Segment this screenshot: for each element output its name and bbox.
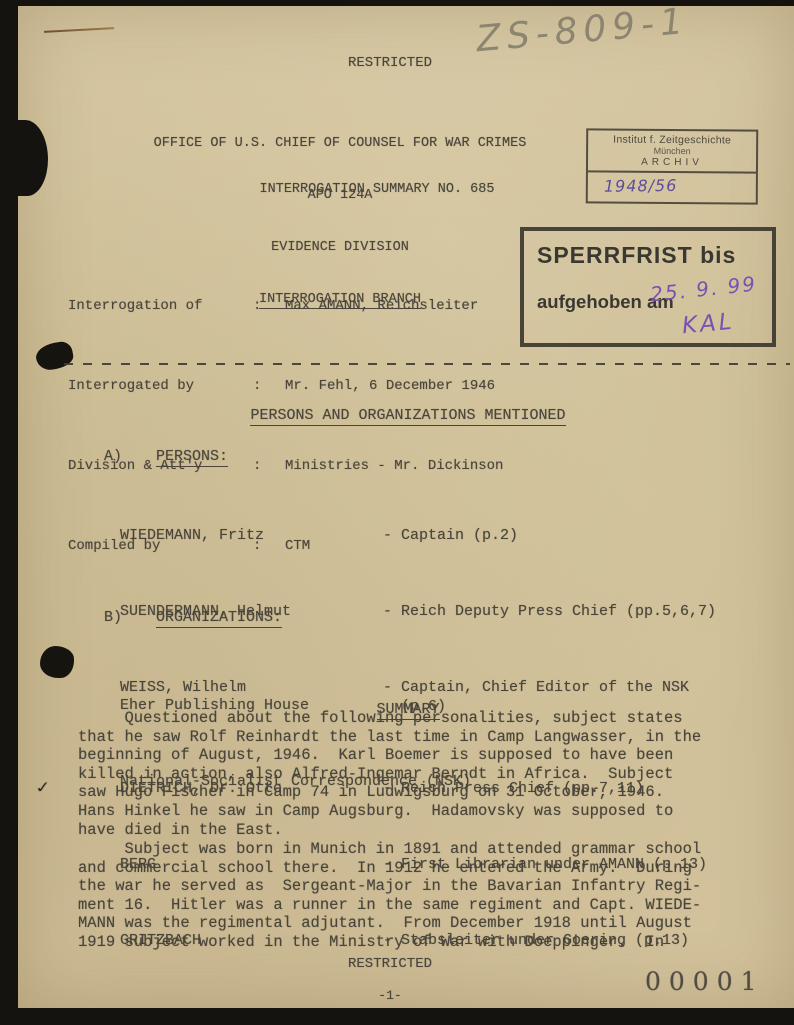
sperrfrist-line1: SPERRFRIST bis [537, 242, 736, 269]
archive-stamp: Institut f. Zeitgeschichte München ARCHI… [586, 128, 759, 204]
sperrfrist-date-handwritten: 25. 9. 99 [649, 271, 758, 306]
person-description: - Reich Deputy Press Chief (pp.5,6,7) [383, 602, 716, 621]
archive-stamp-archiv: ARCHIV [588, 156, 756, 168]
details-colon: : [253, 297, 263, 316]
details-value: Max AMANN, Reichsleiter [285, 297, 478, 316]
person-name: WIEDEMANN, Fritz [120, 526, 383, 545]
classification-top: RESTRICTED [0, 55, 780, 71]
sperrfrist-initials: KAL [681, 309, 736, 339]
dashed-separator [64, 363, 790, 365]
summary-paragraph-2: Subject was born in Munich in 1891 and a… [78, 840, 701, 952]
archive-stamp-institute: Institut f. Zeitgeschichte [588, 133, 756, 146]
serial-number-stamp: 00001 [645, 967, 765, 996]
person-description: - Captain (p.2) [383, 526, 518, 545]
archive-stamp-number: 1948/56 [588, 172, 756, 196]
office-line: OFFICE OF U.S. CHIEF OF COUNSEL FOR WAR … [40, 135, 640, 152]
summary-paragraph-1: Questioned about the following personali… [78, 709, 701, 839]
person-row: WIEDEMANN, Fritz - Captain (p.2) [120, 526, 716, 545]
ink-blot-bottom [40, 646, 74, 678]
archive-stamp-city: München [588, 145, 756, 156]
scanned-document-page: ZS-809-1 RESTRICTED OFFICE OF U.S. CHIEF… [0, 0, 794, 1025]
sperrfrist-stamp: SPERRFRIST bis aufgehoben am 25. 9. 99 K… [520, 227, 776, 347]
details-label: Interrogation of [68, 297, 253, 316]
margin-checkmark: ✓ [34, 776, 51, 798]
details-row: Interrogation of : Max AMANN, Reichsleit… [68, 297, 503, 316]
